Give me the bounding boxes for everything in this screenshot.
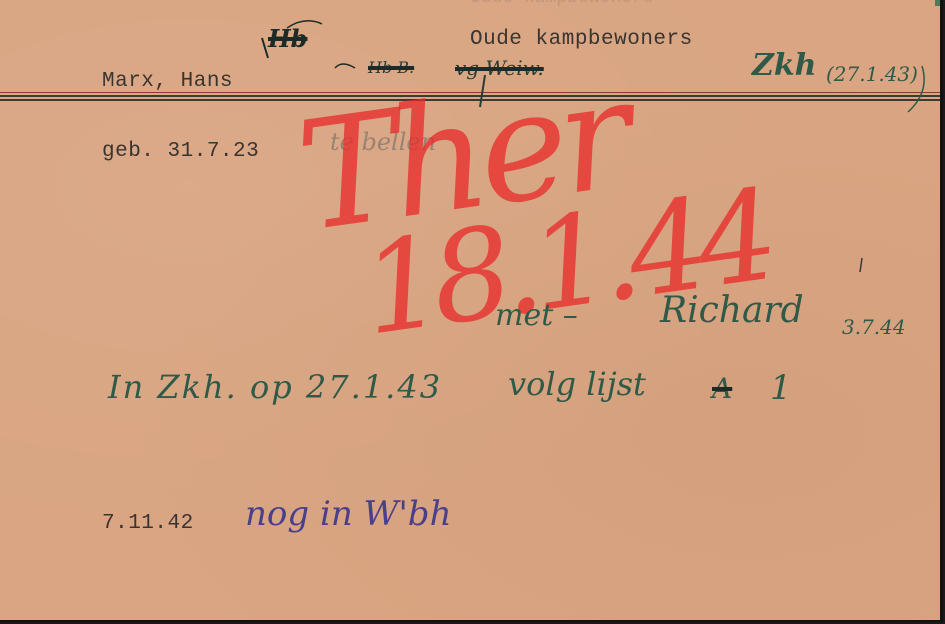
person-name: Marx, Hans: [102, 70, 233, 93]
note-richard: Richard: [660, 290, 804, 331]
note-struck-letter: A: [712, 372, 732, 405]
birth-date: geb. 31.7.23: [102, 140, 259, 163]
note-list-number: 1: [770, 368, 792, 408]
category-label: Oude kampbewoners: [470, 28, 693, 51]
note-zkh-transfer: In Zkh. op 27.1.43: [108, 368, 442, 406]
struck-code-2: Hb B.: [368, 58, 414, 77]
card-edge-marker: [935, 0, 940, 6]
struck-code-1: Hb: [268, 24, 307, 53]
index-card: Oude kampbewoners Oude kampbewoners Hb H…: [0, 0, 943, 622]
entry-note: nog in W'bh: [245, 494, 451, 534]
ghost-header-text: Oude kampbewoners: [470, 0, 654, 8]
note-volg-lijst: volg lijst: [508, 365, 646, 403]
location-code: Zkh: [752, 48, 817, 83]
entry-date: 7.11.42: [102, 512, 194, 535]
location-date: (27.1.43): [826, 62, 918, 86]
note-met: met –: [495, 298, 578, 333]
note-richard-date: 3.7.44: [842, 315, 906, 339]
